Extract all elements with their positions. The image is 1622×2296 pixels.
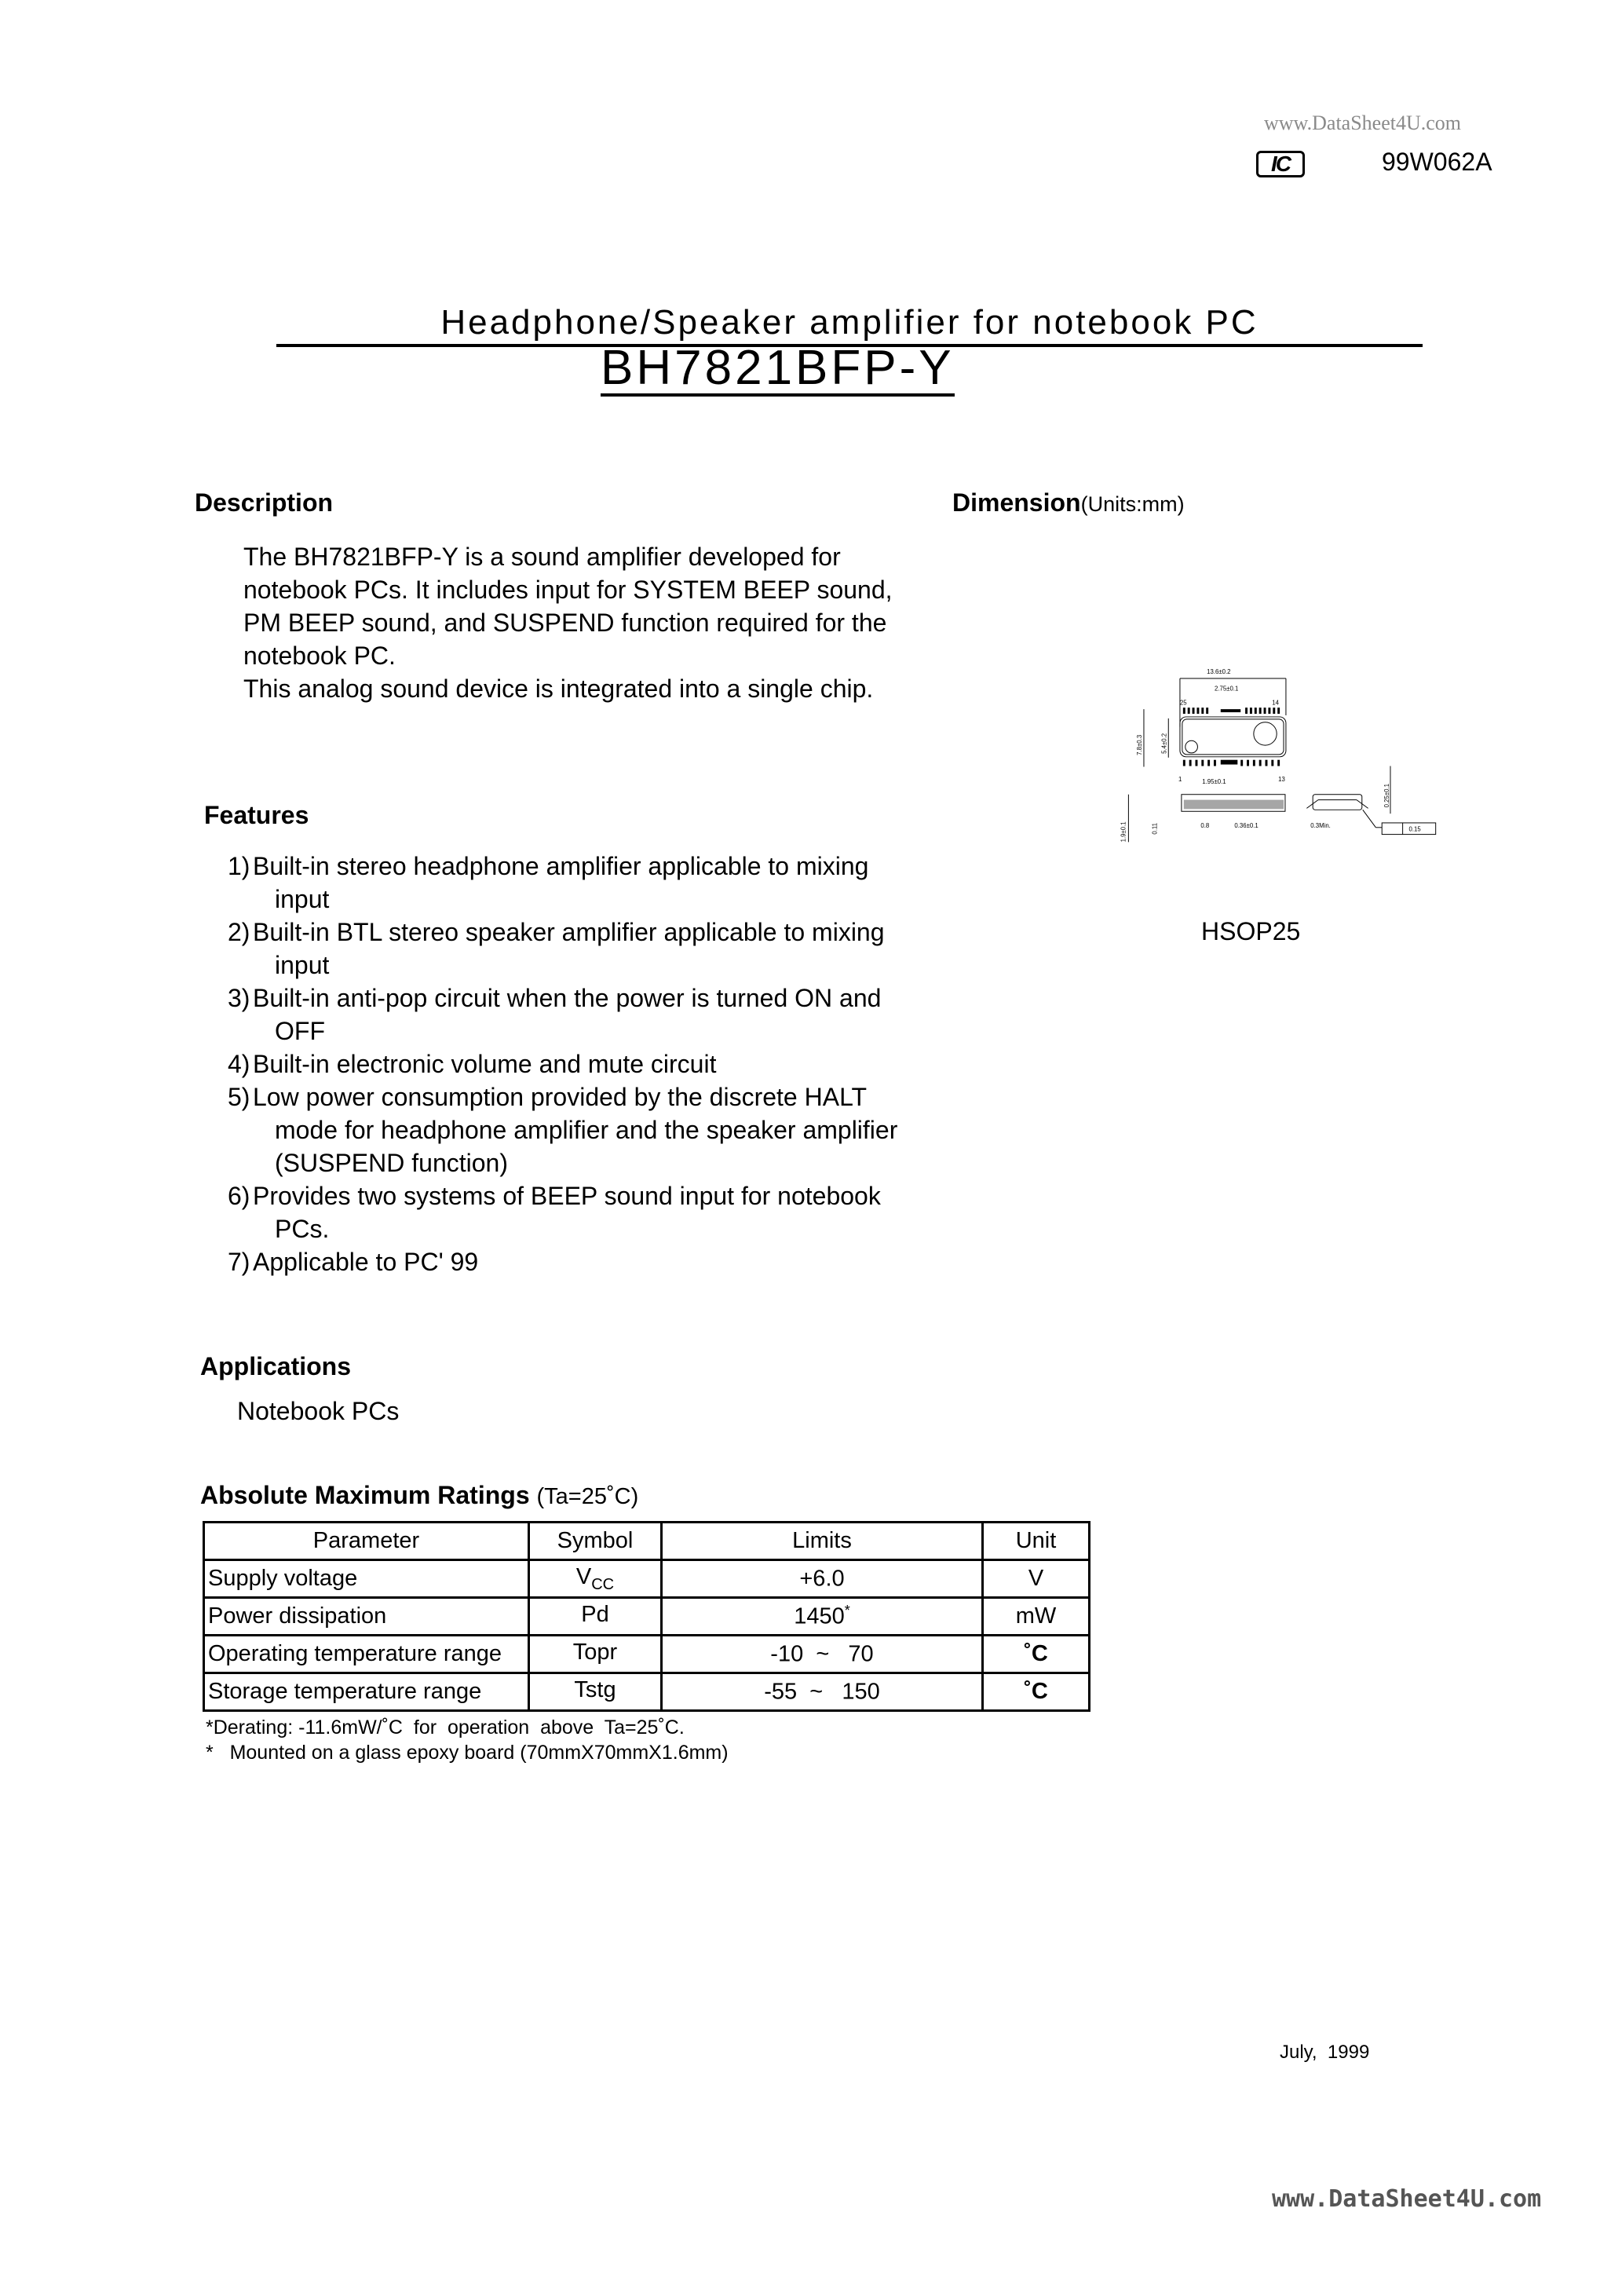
dim-pin-25: 25 <box>1180 699 1187 706</box>
description-body: The BH7821BFP-Y is a sound amplifier dev… <box>243 540 934 705</box>
dim-lead-pitch: 0.8 <box>1200 822 1209 829</box>
ratings-heading: Absolute Maximum Ratings (Ta=25˚C) <box>200 1481 638 1510</box>
feature-item: 5)Low power consumption provided by the … <box>228 1080 919 1179</box>
feature-item: 7)Applicable to PC' 99 <box>228 1245 919 1278</box>
dimension-heading-label: Dimension <box>952 488 1081 517</box>
package-name: HSOP25 <box>1201 917 1300 946</box>
description-paragraph: The BH7821BFP-Y is a sound amplifier dev… <box>243 540 934 672</box>
column-header-unit: Unit <box>983 1523 1090 1560</box>
document-number: 99W062A <box>1382 148 1492 177</box>
dim-standoff: 0.11 <box>1152 823 1159 835</box>
dim-flatness: 0.15 <box>1408 826 1421 833</box>
derating-note: *Derating: -11.6mW/˚C for operation abov… <box>206 1717 685 1739</box>
mounting-note: * Mounted on a glass epoxy board (70mmX7… <box>206 1742 729 1764</box>
column-header-parameter: Parameter <box>204 1523 529 1560</box>
column-header-symbol: Symbol <box>529 1523 662 1560</box>
table-row: Operating temperature range Topr -10 ~ 7… <box>204 1636 1090 1673</box>
table-row: Supply voltage VCC +6.0 V <box>204 1560 1090 1598</box>
ratings-condition: (Ta=25˚C) <box>537 1484 639 1509</box>
description-heading: Description <box>195 488 333 517</box>
table-header-row: Parameter Symbol Limits Unit <box>204 1523 1090 1560</box>
dimension-units: (Units:mm) <box>1081 492 1185 516</box>
dim-pitch-bottom: 1.95±0.1 <box>1202 778 1226 785</box>
dim-pitch-top: 2.75±0.1 <box>1215 686 1238 693</box>
table-row: Storage temperature range Tstg -55 ~ 150… <box>204 1673 1090 1711</box>
dim-body-width: 5.4±0.2 <box>1160 733 1167 754</box>
table-row: Power dissipation Pd 1450* mW <box>204 1598 1090 1636</box>
dim-overall-width: 7.8±0.3 <box>1136 735 1143 755</box>
feature-item: 6)Provides two systems of BEEP sound inp… <box>228 1179 919 1245</box>
applications-text: Notebook PCs <box>237 1395 399 1428</box>
watermark-bottom: www.DataSheet4U.com <box>1272 2185 1541 2213</box>
dim-overall-length: 13.6±0.2 <box>1207 668 1230 675</box>
dim-lead-width: 0.36±0.1 <box>1234 822 1258 829</box>
column-header-limits: Limits <box>662 1523 983 1560</box>
package-dimension-drawing: 13.6±0.2 2.75±0.1 25 14 1 13 1.95±0.1 7.… <box>1107 652 1460 848</box>
feature-item: 1)Built-in stereo headphone amplifier ap… <box>228 850 919 916</box>
feature-item: 4)Built-in electronic volume and mute ci… <box>228 1047 919 1080</box>
dim-pin-13: 13 <box>1278 776 1285 783</box>
dim-height: 1.9±0.1 <box>1120 821 1127 842</box>
ratings-heading-label: Absolute Maximum Ratings <box>200 1481 530 1509</box>
feature-item: 3)Built-in anti-pop circuit when the pow… <box>228 982 919 1047</box>
description-paragraph: This analog sound device is integrated i… <box>243 672 934 705</box>
dim-pin-1: 1 <box>1178 776 1182 783</box>
watermark-top: www.DataSheet4U.com <box>1264 112 1461 135</box>
document-date: July, 1999 <box>1280 2042 1369 2064</box>
ic-logo-icon: IC <box>1256 151 1305 177</box>
part-number-title: BH7821BFP-Y <box>601 342 955 397</box>
dim-lead-thickness: 0.25±0.1 <box>1383 784 1390 807</box>
features-list: 1)Built-in stereo headphone amplifier ap… <box>228 850 919 1278</box>
features-heading: Features <box>204 801 309 830</box>
feature-item: 2)Built-in BTL stereo speaker amplifier … <box>228 916 919 982</box>
dimension-heading: Dimension(Units:mm) <box>952 488 1185 517</box>
absolute-maximum-ratings-table: Parameter Symbol Limits Unit Supply volt… <box>203 1521 1090 1712</box>
dim-lead-length: 0.3Min. <box>1310 822 1331 829</box>
dim-pin-14: 14 <box>1272 699 1279 706</box>
applications-heading: Applications <box>200 1352 351 1381</box>
